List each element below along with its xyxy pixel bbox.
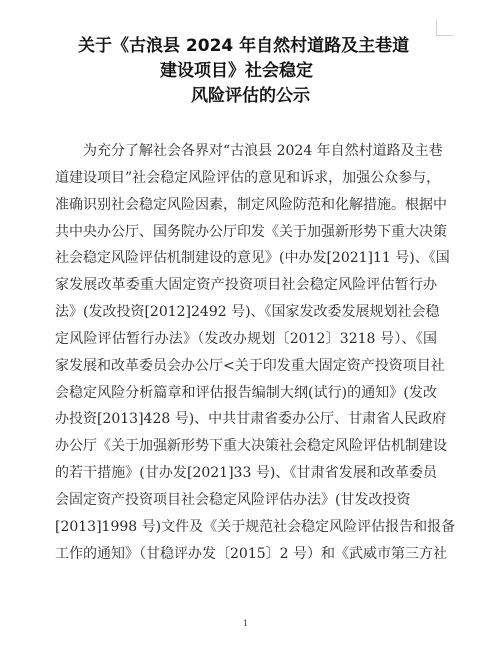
body-line: 定风险评估暂行办法》（发改办规划〔2012〕3218 号）、《国	[55, 326, 437, 353]
body-line: 会固定资产投资项目社会稳定风险评估办法》(甘发改投资	[55, 487, 437, 514]
body-line: 的若干措施》(甘办发[2021]33 号)、《甘肃省发展和改革委员	[55, 460, 437, 487]
body-line: 家发展和改革委员会办公厅<关于印发重大固定资产投资项目社	[55, 353, 437, 380]
body-line: 共中央办公厅、国务院办公厅印发《关于加强新形势下重大决策	[55, 219, 437, 246]
body-line: 道建设项目”社会稳定风险评估的意见和诉求，加强公众参与，	[55, 165, 437, 192]
body-line: 为充分了解社会各界对“古浪县 2024 年自然村道路及主巷	[55, 138, 437, 165]
document-body: 为充分了解社会各界对“古浪县 2024 年自然村道路及主巷 道建设项目”社会稳定…	[55, 138, 440, 568]
body-line: 办公厅《关于加强新形势下重大决策社会稳定风险评估机制建设	[55, 433, 437, 460]
title-line-1: 关于《古浪县 2024 年自然村道路及主巷道	[78, 34, 409, 58]
title-line-3: 风险评估的公示	[191, 84, 310, 108]
body-line: 办投资[2013]428 号)、中共甘肃省委办公厅、甘肃省人民政府	[55, 406, 437, 433]
body-line: 会稳定风险分析篇章和评估报告编制大纲(试行)的通知》(发改	[55, 380, 437, 407]
body-line: 准确识别社会稳定风险因素，制定风险防范和化解措施。根据中	[55, 192, 437, 219]
page-corner-crop-mark	[436, 20, 453, 36]
body-line: 家发展改革委重大固定资产投资项目社会稳定风险评估暂行办	[55, 272, 437, 299]
title-line-2: 建设项目》社会稳定	[160, 59, 313, 83]
body-line: 工作的通知》（甘稳评办发〔2015〕2 号）和《武威市第三方社	[55, 541, 437, 568]
body-line: 法》(发改投资[2012]2492 号)、《国家发改委发展规划社会稳	[55, 299, 437, 326]
body-line: [2013]1998 号)文件及《关于规范社会稳定风险评估报告和报备	[55, 514, 437, 541]
document-page: 关于《古浪县 2024 年自然村道路及主巷道 建设项目》社会稳定 风险评估的公示…	[0, 0, 500, 664]
page-number: 1	[243, 619, 248, 628]
body-line: 社会稳定风险评估机制建设的意见》(中办发[2021]11 号)、《国	[55, 245, 437, 272]
